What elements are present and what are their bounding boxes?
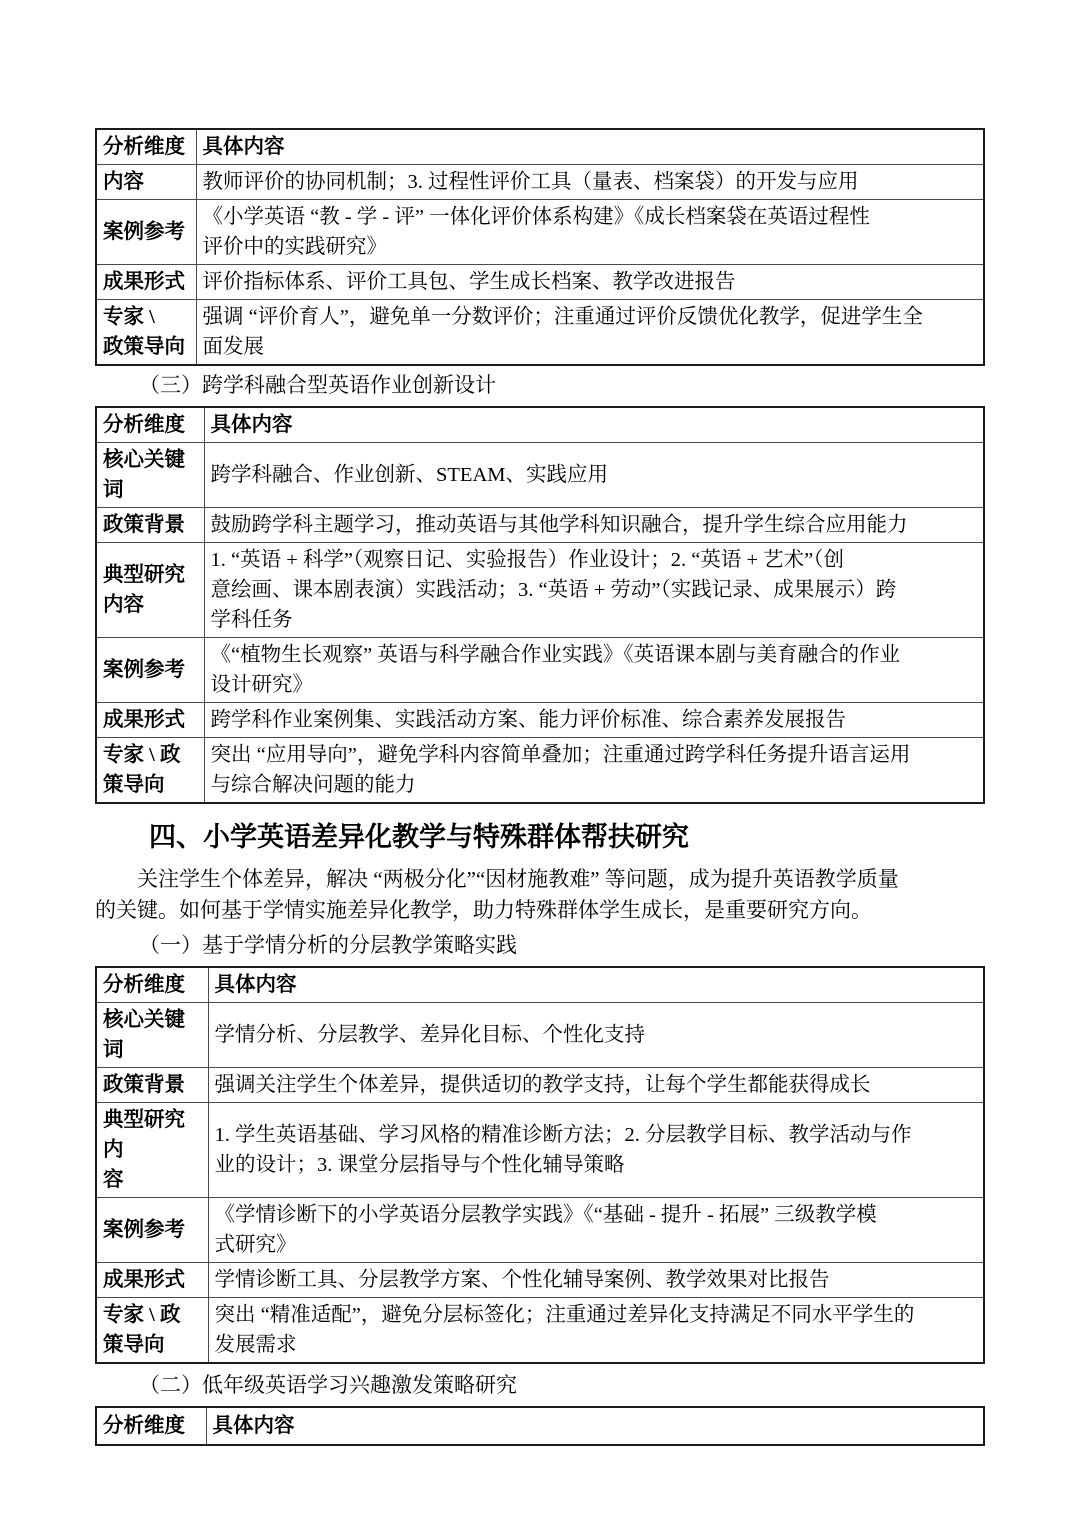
row-content: 教师评价的协同机制；3. 过程性评价工具（量表、档案袋）的开发与应用 [196,165,984,200]
interdisciplinary-table: 分析维度 具体内容 核心关键 词 跨学科融合、作业创新、STEAM、实践应用 政… [95,406,985,804]
row-label: 成果形式 [96,265,196,300]
table-header-dimension: 分析维度 [96,967,208,1003]
table-header-row: 分析维度 具体内容 [96,967,984,1003]
layered-teaching-table: 分析维度 具体内容 核心关键词 学情分析、分层教学、差异化目标、个性化支持 政策… [95,966,985,1364]
row-content: 突出 “应用导向”，避免学科内容简单叠加；注重通过跨学科任务提升语言运用 与综合… [204,738,984,804]
row-label: 案例参考 [96,638,204,703]
table-row: 成果形式 学情诊断工具、分层教学方案、个性化辅导案例、教学效果对比报告 [96,1263,984,1298]
row-content: 强调 “评价育人”，避免单一分数评价；注重通过评价反馈优化教学，促进学生全 面发… [196,300,984,366]
row-content: 1. “英语 + 科学”（观察日记、实验报告）作业设计；2. “英语 + 艺术”… [204,543,984,638]
table-row: 成果形式 跨学科作业案例集、实践活动方案、能力评价标准、综合素养发展报告 [96,703,984,738]
row-label: 专家 \ 政 策导向 [96,738,204,804]
row-content: 《学情诊断下的小学英语分层教学实践》《“基础 - 提升 - 拓展” 三级教学模 … [208,1198,984,1263]
table-header-row: 分析维度 具体内容 [96,129,984,165]
document-page: 分析维度 具体内容 内容 教师评价的协同机制；3. 过程性评价工具（量表、档案袋… [0,0,1080,1527]
row-content: 《“植物生长观察” 英语与科学融合作业实践》《英语课本剧与美育融合的作业 设计研… [204,638,984,703]
table-row: 成果形式 评价指标体系、评价工具包、学生成长档案、教学改进报告 [96,265,984,300]
evaluation-table: 分析维度 具体内容 内容 教师评价的协同机制；3. 过程性评价工具（量表、档案袋… [95,128,985,366]
table-row: 案例参考 《学情诊断下的小学英语分层教学实践》《“基础 - 提升 - 拓展” 三… [96,1198,984,1263]
table-row: 典型研究 内容 1. “英语 + 科学”（观察日记、实验报告）作业设计；2. “… [96,543,984,638]
table-header-row: 分析维度 具体内容 [96,407,984,443]
row-content: 突出 “精准适配”，避免分层标签化；注重通过差异化支持满足不同水平学生的 发展需… [208,1298,984,1364]
table-row: 案例参考 《小学英语 “教 - 学 - 评” 一体化评价体系构建》《成长档案袋在… [96,200,984,265]
row-label: 政策背景 [96,1068,208,1103]
table-header-dimension: 分析维度 [96,407,204,443]
row-label: 专家 \ 政 策导向 [96,1298,208,1364]
row-label: 政策背景 [96,508,204,543]
table-row: 专家 \ 政策导向 强调 “评价育人”，避免单一分数评价；注重通过评价反馈优化教… [96,300,984,366]
row-label: 核心关键 词 [96,443,204,508]
table-row: 政策背景 强调关注学生个体差异，提供适切的教学支持，让每个学生都能获得成长 [96,1068,984,1103]
table-header-content: 具体内容 [206,1407,984,1445]
row-label: 典型研究 内容 [96,543,204,638]
subsection-heading-1: （一）基于学情分析的分层教学策略实践 [139,932,985,958]
subsection-heading-3: （三）跨学科融合型英语作业创新设计 [139,372,985,398]
table-row: 典型研究内 容 1. 学生英语基础、学习风格的精准诊断方法；2. 分层教学目标、… [96,1103,984,1198]
row-label: 案例参考 [96,200,196,265]
section-intro-paragraph: 关注学生个体差异，解决 “两极分化”“因材施教难” 等问题，成为提升英语教学质量… [95,864,985,926]
row-label: 成果形式 [96,1263,208,1298]
table-row: 核心关键词 学情分析、分层教学、差异化目标、个性化支持 [96,1003,984,1068]
subsection-heading-2: （二）低年级英语学习兴趣激发策略研究 [139,1372,985,1398]
table-header-content: 具体内容 [196,129,984,165]
row-content: 评价指标体系、评价工具包、学生成长档案、教学改进报告 [196,265,984,300]
row-content: 《小学英语 “教 - 学 - 评” 一体化评价体系构建》《成长档案袋在英语过程性… [196,200,984,265]
row-label: 核心关键词 [96,1003,208,1068]
table-header-dimension: 分析维度 [96,1407,206,1445]
row-content: 强调关注学生个体差异，提供适切的教学支持，让每个学生都能获得成长 [208,1068,984,1103]
table-row: 专家 \ 政 策导向 突出 “精准适配”，避免分层标签化；注重通过差异化支持满足… [96,1298,984,1364]
table-row: 政策背景 鼓励跨学科主题学习，推动英语与其他学科知识融合，提升学生综合应用能力 [96,508,984,543]
table-header-content: 具体内容 [208,967,984,1003]
row-label: 典型研究内 容 [96,1103,208,1198]
row-label: 专家 \ 政策导向 [96,300,196,366]
row-content: 1. 学生英语基础、学习风格的精准诊断方法；2. 分层教学目标、教学活动与作 业… [208,1103,984,1198]
row-content: 学情分析、分层教学、差异化目标、个性化支持 [208,1003,984,1068]
table-row: 案例参考 《“植物生长观察” 英语与科学融合作业实践》《英语课本剧与美育融合的作… [96,638,984,703]
table-header-content: 具体内容 [204,407,984,443]
table-row: 专家 \ 政 策导向 突出 “应用导向”，避免学科内容简单叠加；注重通过跨学科任… [96,738,984,804]
row-content: 学情诊断工具、分层教学方案、个性化辅导案例、教学效果对比报告 [208,1263,984,1298]
table-row: 内容 教师评价的协同机制；3. 过程性评价工具（量表、档案袋）的开发与应用 [96,165,984,200]
row-content: 鼓励跨学科主题学习，推动英语与其他学科知识融合，提升学生综合应用能力 [204,508,984,543]
row-label: 案例参考 [96,1198,208,1263]
row-label: 内容 [96,165,196,200]
interest-table: 分析维度 具体内容 [95,1406,985,1446]
row-content: 跨学科融合、作业创新、STEAM、实践应用 [204,443,984,508]
row-label: 成果形式 [96,703,204,738]
table-header-dimension: 分析维度 [96,129,196,165]
row-content: 跨学科作业案例集、实践活动方案、能力评价标准、综合素养发展报告 [204,703,984,738]
table-row: 核心关键 词 跨学科融合、作业创新、STEAM、实践应用 [96,443,984,508]
section-heading-4: 四、小学英语差异化教学与特殊群体帮扶研究 [149,820,985,854]
table-header-row: 分析维度 具体内容 [96,1407,984,1445]
